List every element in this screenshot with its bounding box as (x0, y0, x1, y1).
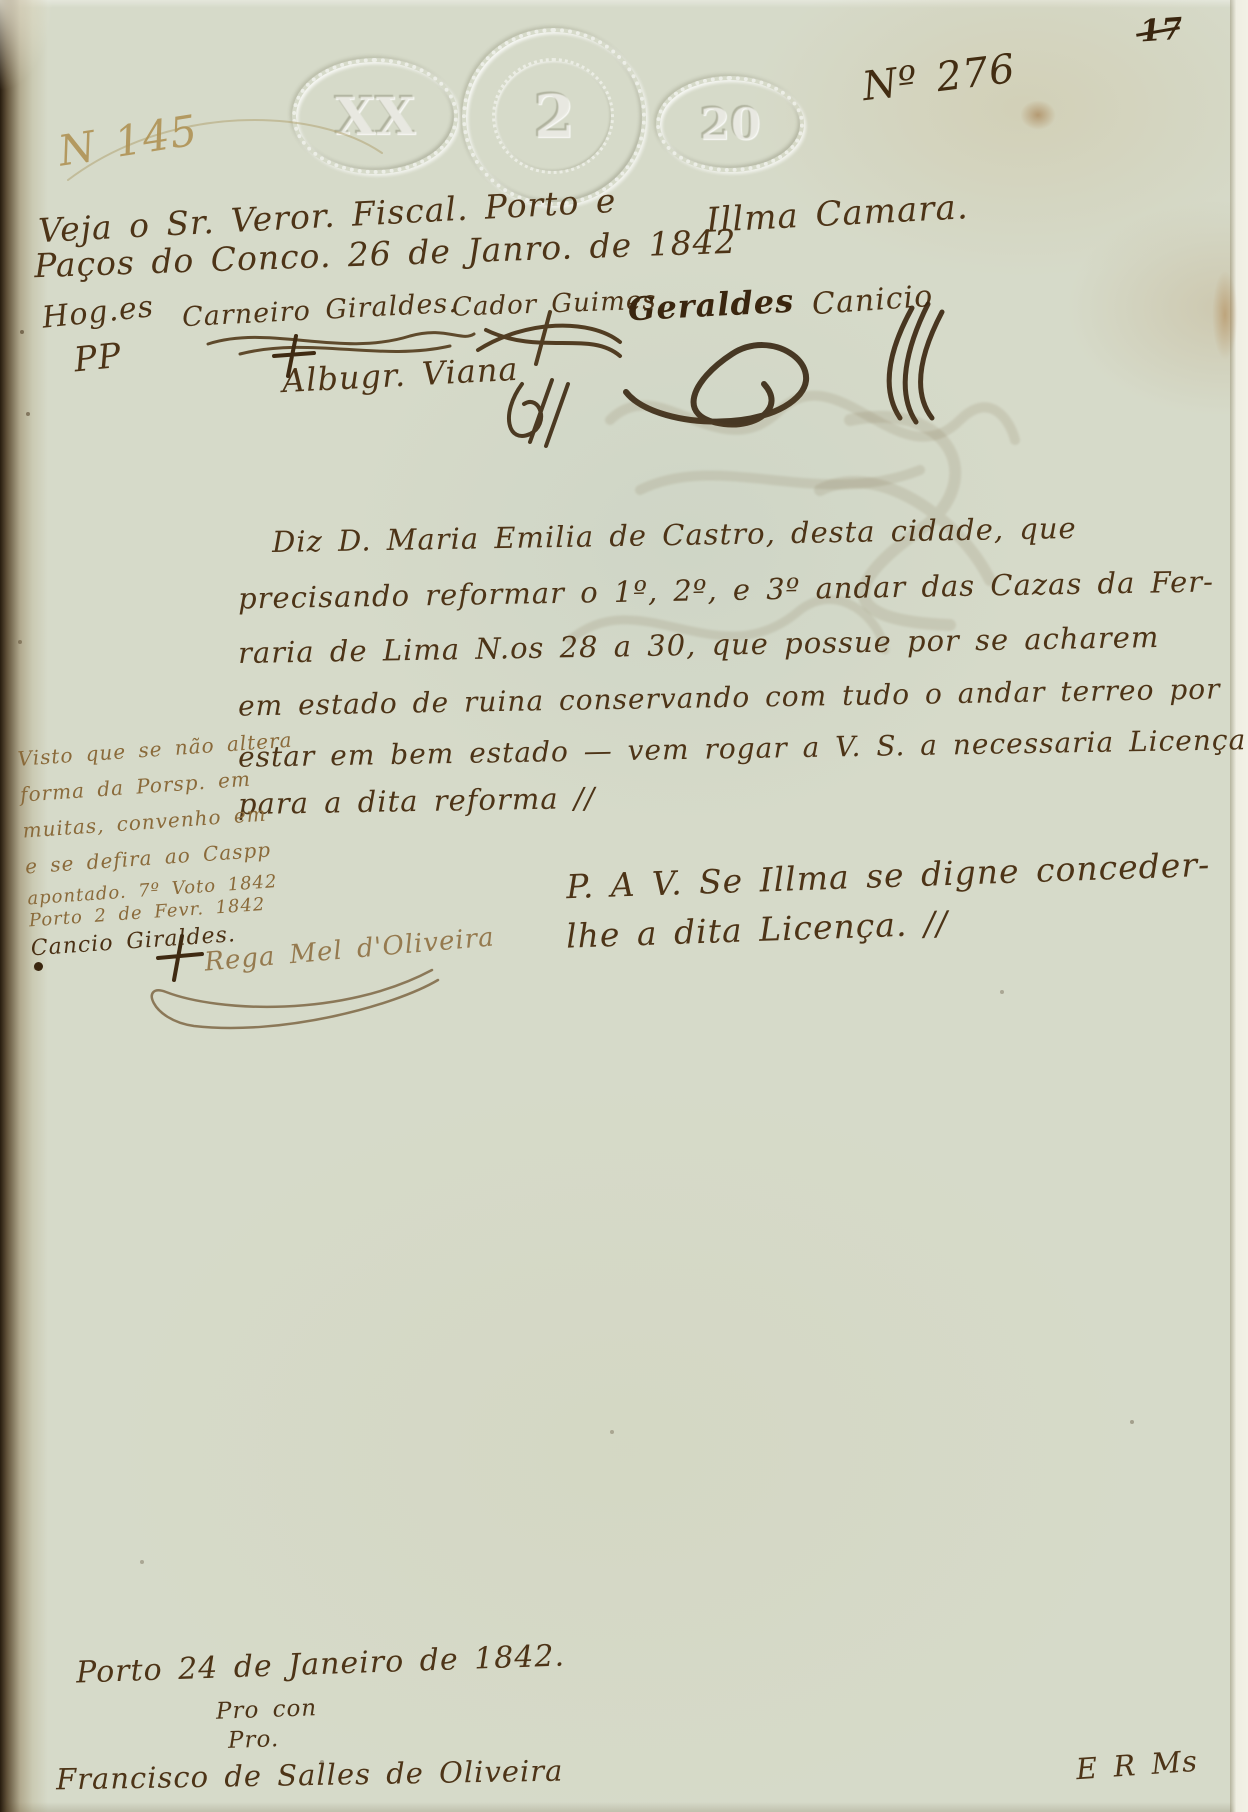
paper-specks (20, 330, 24, 334)
embossed-seal-inner-ring (492, 58, 614, 174)
flourish-oliveira (132, 952, 452, 1042)
margin-note-line: forma da Porsp. em (19, 765, 295, 806)
stamp-20-value: 20 (699, 99, 760, 150)
dispatch-initials-top: Hog.es (41, 290, 156, 335)
ink-dot (34, 962, 43, 971)
footer-signature: Francisco de Salles de Oliveira (56, 1756, 564, 1797)
dispatch-addressee: Illma Camara. (705, 189, 969, 240)
footer-closing-abbrev: E R Ms (1075, 1746, 1199, 1786)
petition-closing-2: lhe a dita Licença. // (565, 905, 948, 955)
process-number: Nº 276 (860, 47, 1018, 109)
footer-procuration-1: Pro con (216, 1696, 318, 1725)
right-edge-stain (1212, 270, 1238, 360)
corner-stain (1020, 100, 1056, 130)
dispatch-initials-bottom: PP (72, 338, 123, 380)
petition-line: em estado de ruina conservando com tudo … (238, 674, 1221, 722)
margin-note-line: Visto que se não altera (17, 729, 293, 770)
flourish-viana (488, 376, 588, 466)
petition-line: estar em bem estado — vem rogar a V. S. … (238, 725, 1247, 773)
footer-procuration-2: Pro. (228, 1727, 280, 1754)
margin-note-line: muitas, convenho em (22, 800, 298, 841)
petition-closing-1: P. A V. Se Illma se digne conceder- (566, 847, 1211, 906)
footer-date: Porto 24 de Janeiro de 1842. (76, 1639, 566, 1689)
embossed-stamp-20: 20 (656, 76, 804, 172)
margin-note: Visto que se não altera forma da Porsp. … (17, 729, 307, 961)
manuscript-page: XX 2 20 17 Nº 276 N 145 Veja o Sr. Veror… (0, 0, 1248, 1812)
